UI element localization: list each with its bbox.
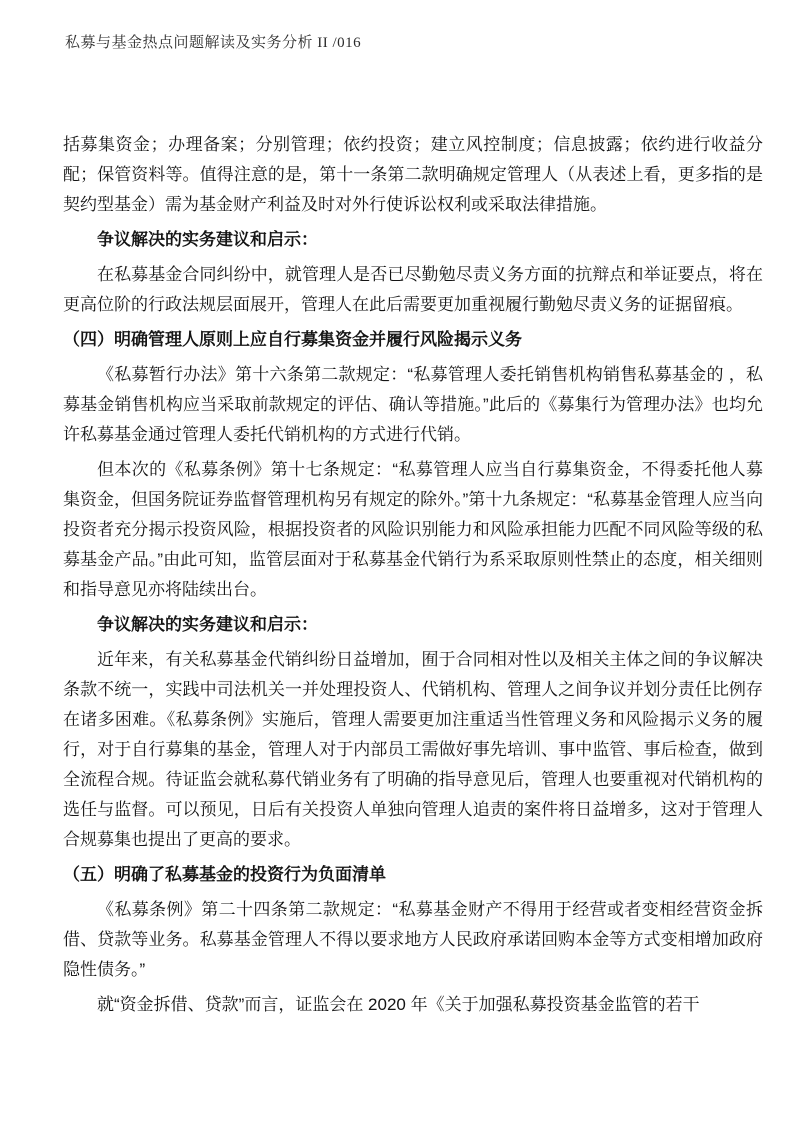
paragraph: 《私募暂行办法》第十六条第二款规定：“私募管理人委托销售机构销售私募基金的 ，私… [63, 360, 763, 450]
paragraph: 但本次的《私募条例》第十七条规定：“私募管理人应当自行募集资金，不得委托他人募集… [63, 455, 763, 605]
paragraph-last: 就“资金拆借、贷款”而言，证监会在 2020 年《关于加强私募投资基金监管的若干 [63, 990, 763, 1020]
section-heading-5: （五）明确了私募基金的投资行为负面清单 [63, 860, 763, 890]
page-body: 括募集资金；办理备案；分别管理；依约投资；建立风控制度；信息披露；依约进行收益分… [63, 130, 763, 1025]
paragraph: 《私募条例》第二十四条第二款规定：“私募基金财产不得用于经营或者变相经营资金拆借… [63, 895, 763, 985]
section-heading-4: （四）明确管理人原则上应自行募集资金并履行风险揭示义务 [63, 325, 763, 355]
subheading-dispute-advice-1: 争议解决的实务建议和启示： [63, 225, 763, 255]
paragraph: 近年来，有关私募基金代销纠纷日益增加，囿于合同相对性以及相关主体之间的争议解决条… [63, 645, 763, 855]
running-header: 私募与基金热点问题解读及实务分析 II /016 [65, 33, 763, 53]
paragraph-continuation: 括募集资金；办理备案；分别管理；依约投资；建立风控制度；信息披露；依约进行收益分… [63, 130, 763, 220]
subheading-dispute-advice-2: 争议解决的实务建议和启示： [63, 610, 763, 640]
paragraph: 在私募基金合同纠纷中，就管理人是否已尽勤勉尽责义务方面的抗辩点和举证要点，将在更… [63, 260, 763, 320]
document-page: 私募与基金热点问题解读及实务分析 II /016 括募集资金；办理备案；分别管理… [0, 0, 803, 1134]
